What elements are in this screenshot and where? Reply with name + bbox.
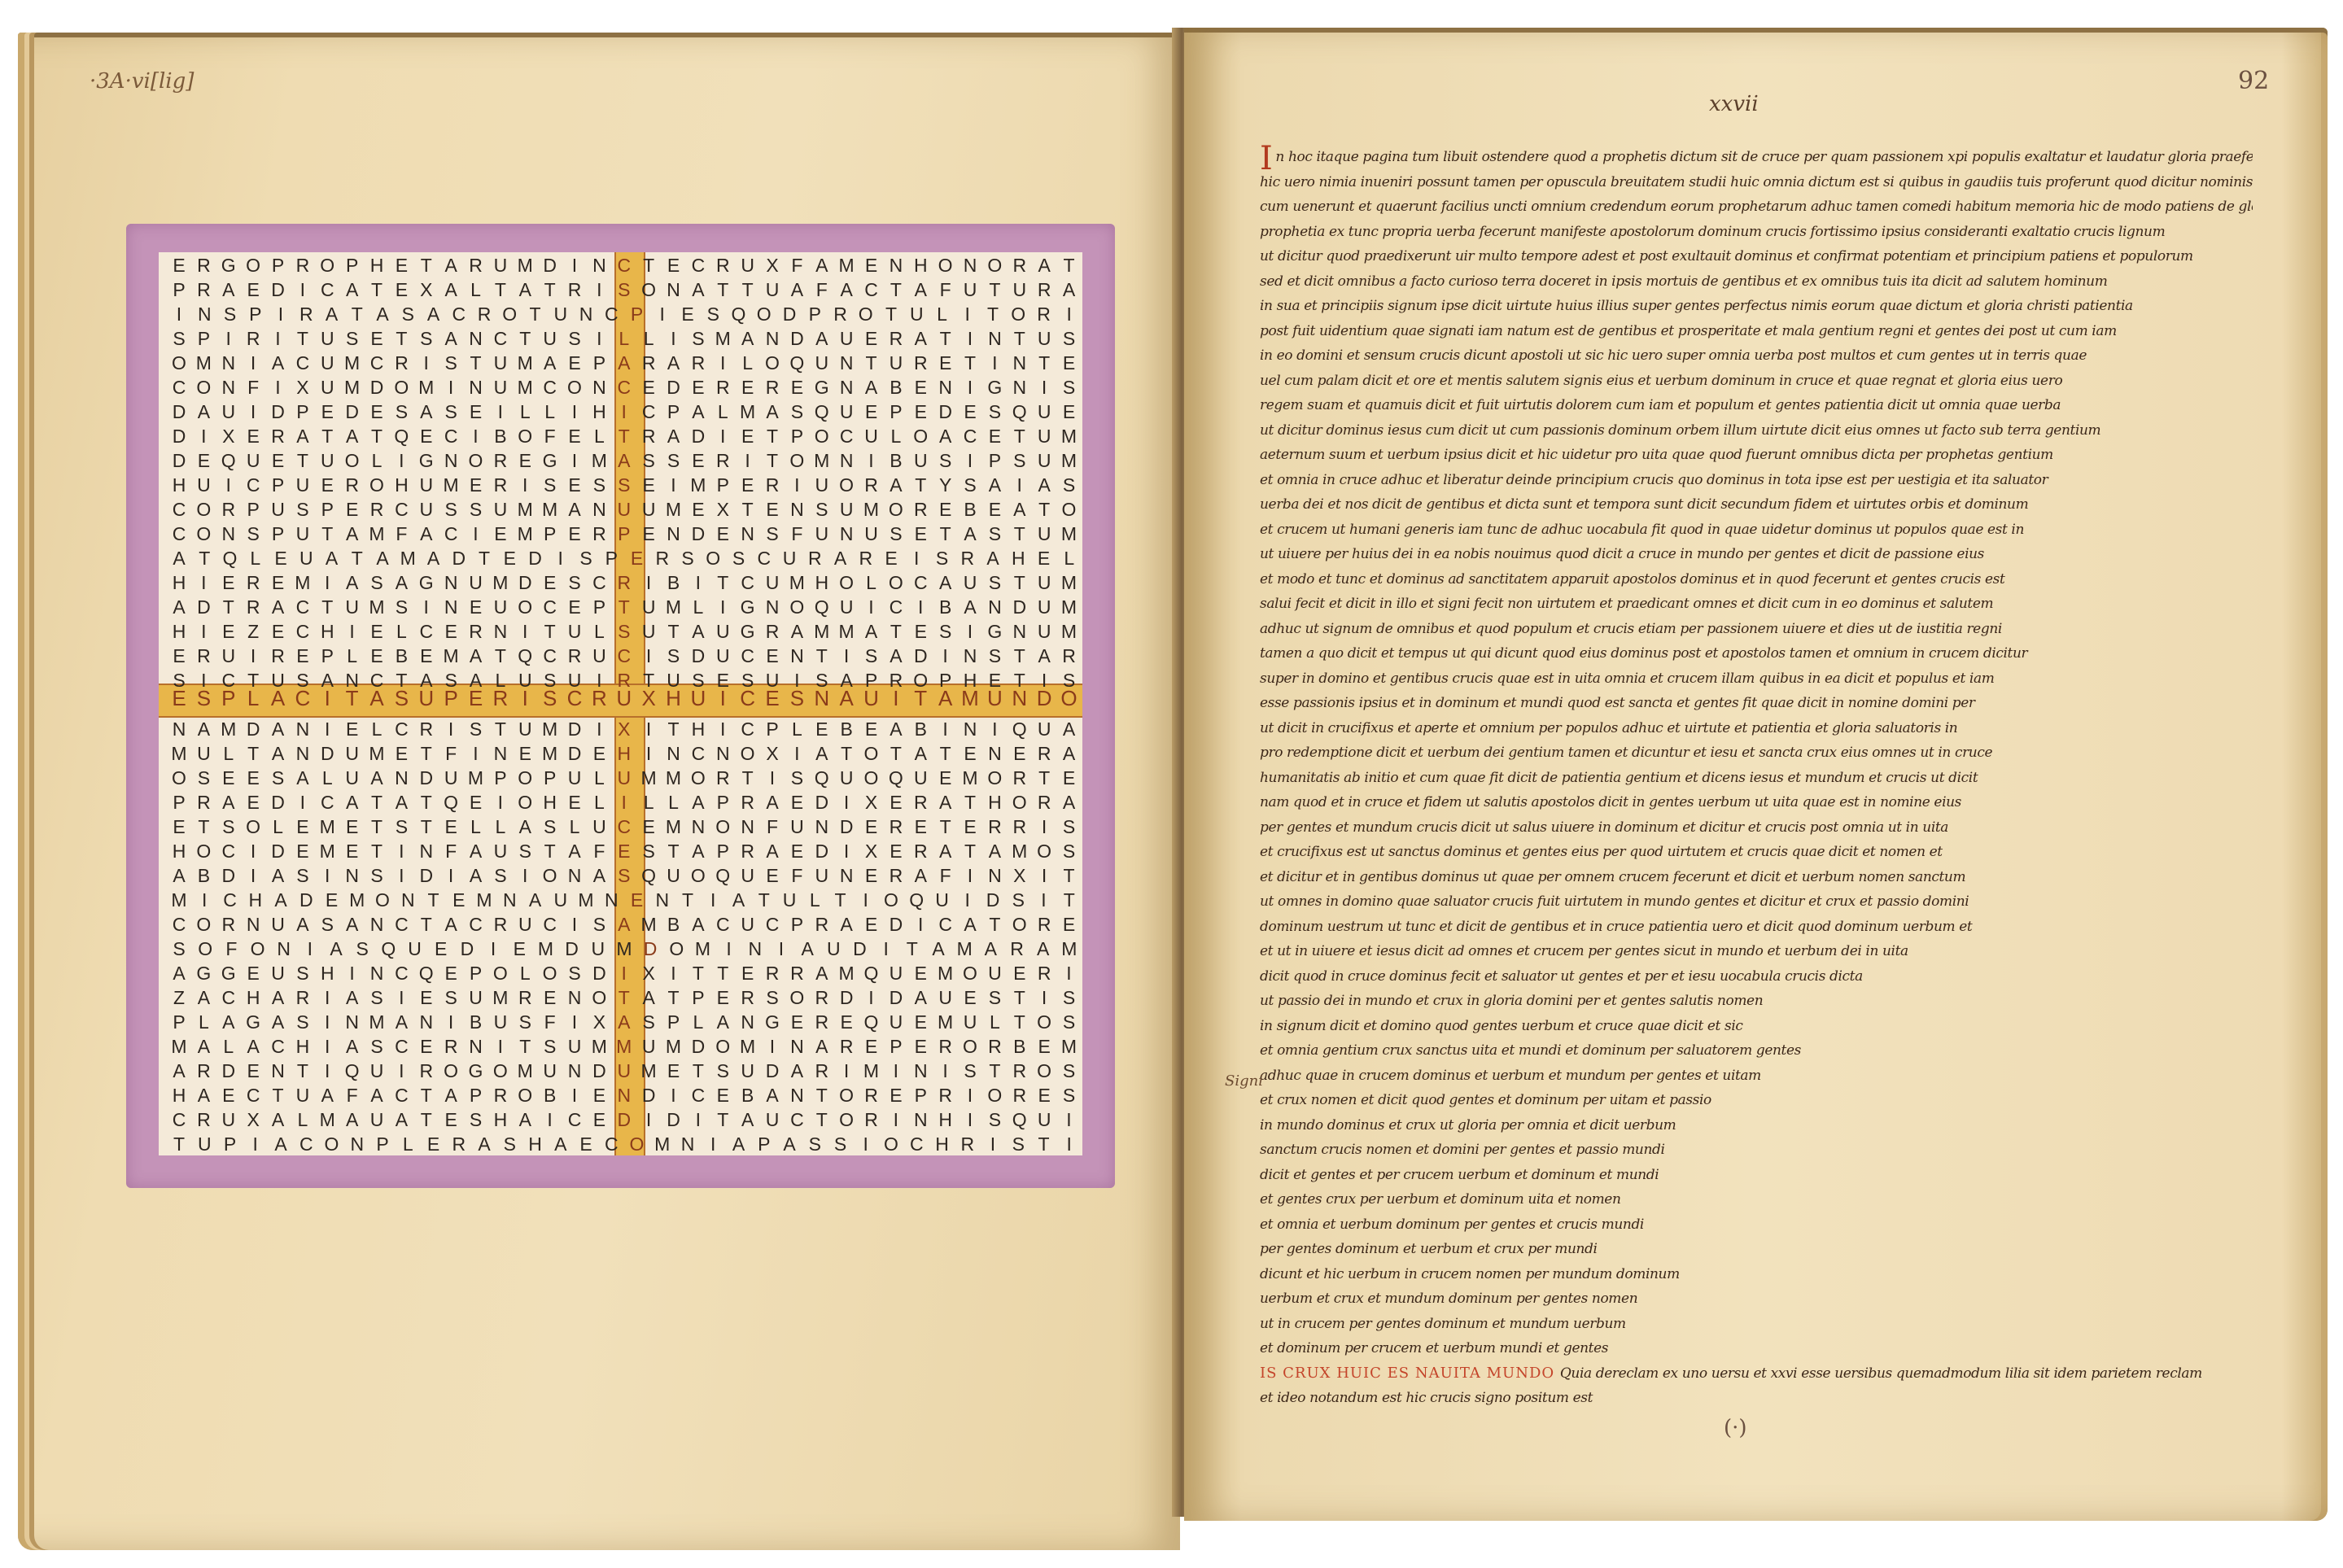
grid-letter: M bbox=[614, 1036, 635, 1060]
grid-letter: E bbox=[786, 1011, 807, 1036]
grid-letter: F bbox=[540, 1011, 561, 1036]
grid-letter: E bbox=[218, 767, 239, 792]
grid-letter: T bbox=[638, 255, 659, 279]
grid-letter: I bbox=[663, 474, 684, 499]
grid-letter: C bbox=[601, 1133, 622, 1158]
grid-letter: R bbox=[490, 686, 511, 714]
grid-letter: I bbox=[391, 450, 412, 474]
grid-letter: I bbox=[490, 1036, 511, 1060]
grid-letter: M bbox=[317, 816, 338, 841]
grid-letter: M bbox=[1059, 523, 1080, 548]
grid-letter: A bbox=[218, 792, 239, 816]
grid-letter: C bbox=[391, 499, 412, 523]
grid-letter: Q bbox=[728, 304, 750, 328]
text-line: et ut in uiuere et iesus dicit ad omnes … bbox=[1260, 939, 2253, 964]
grid-letter: T bbox=[416, 255, 437, 279]
grid-letter: E bbox=[786, 792, 807, 816]
grid-letter: A bbox=[663, 426, 684, 450]
grid-letter: D bbox=[268, 792, 289, 816]
grid-letter: O bbox=[1059, 686, 1080, 714]
grid-letter: E bbox=[1034, 548, 1055, 572]
grid-letter: A bbox=[268, 686, 289, 714]
grid-letter: E bbox=[564, 596, 585, 621]
grid-letter: O bbox=[702, 548, 723, 572]
text-line: uel cum palam dicit et ore et mentis sal… bbox=[1260, 369, 2253, 394]
grid-letter: L bbox=[490, 816, 511, 841]
grid-letter: N bbox=[762, 328, 783, 352]
grid-row: SPIRITUSETSANCTUSILLISMANDAUERATINTUS bbox=[159, 328, 1080, 352]
grid-letter: R bbox=[490, 1085, 511, 1109]
grid-letter: R bbox=[218, 914, 239, 938]
grid-letter: U bbox=[588, 645, 610, 670]
grid-letter: P bbox=[588, 352, 610, 377]
grid-letter: I bbox=[391, 987, 412, 1011]
grid-letter: R bbox=[984, 816, 1005, 841]
text-line: tamen a quo dicit et tempus ut qui dicun… bbox=[1260, 641, 2253, 666]
grid-letter: I bbox=[935, 1060, 956, 1085]
grid-letter: I bbox=[855, 889, 876, 914]
grid-letter: A bbox=[423, 548, 444, 572]
grid-letter: M bbox=[811, 450, 833, 474]
grid-row: ARDENTIQUIROGOMUNDUMETSUDARIMINISTROS bbox=[159, 1060, 1080, 1085]
grid-letter: A bbox=[270, 889, 291, 914]
grid-letter: U bbox=[959, 279, 981, 304]
grid-letter: O bbox=[881, 889, 902, 914]
grid-letter: I bbox=[416, 596, 437, 621]
grid-letter: E bbox=[627, 548, 648, 572]
grid-letter: A bbox=[550, 1133, 571, 1158]
grid-letter: M bbox=[292, 572, 313, 596]
grid-letter: S bbox=[984, 523, 1005, 548]
grid-letter: E bbox=[243, 279, 264, 304]
grid-letter: E bbox=[193, 450, 214, 474]
grid-letter: A bbox=[614, 1011, 635, 1036]
grid-letter: T bbox=[1059, 255, 1080, 279]
grid-letter: A bbox=[540, 352, 561, 377]
grid-letter: U bbox=[688, 686, 709, 714]
grid-letter: I bbox=[218, 328, 239, 352]
grid-letter: O bbox=[959, 963, 981, 987]
grid-letter: U bbox=[885, 352, 907, 377]
grid-letter: M bbox=[514, 255, 535, 279]
grid-letter: G bbox=[218, 255, 239, 279]
grid-letter: S bbox=[466, 718, 487, 743]
grid-letter: S bbox=[811, 499, 833, 523]
grid-letter: E bbox=[416, 1036, 437, 1060]
grid-letter: U bbox=[588, 938, 609, 963]
grid-letter: A bbox=[514, 816, 535, 841]
grid-letter: M bbox=[575, 889, 597, 914]
grid-letter: A bbox=[342, 914, 363, 938]
grid-letter: L bbox=[663, 792, 684, 816]
grid-letter: I bbox=[416, 352, 437, 377]
grid-letter: E bbox=[881, 548, 902, 572]
grid-letter: I bbox=[391, 865, 412, 889]
grid-letter: L bbox=[885, 426, 907, 450]
grid-letter: U bbox=[823, 938, 844, 963]
grid-letter: C bbox=[440, 523, 461, 548]
grid-letter: A bbox=[836, 279, 857, 304]
grid-letter: U bbox=[193, 743, 214, 767]
grid-letter: M bbox=[440, 645, 461, 670]
text-line: et crucem ut humani generis iam tunc de … bbox=[1260, 518, 2253, 543]
grid-letter: I bbox=[982, 1133, 1003, 1158]
grid-letter: U bbox=[1009, 279, 1030, 304]
grid-letter: I bbox=[193, 572, 214, 596]
grid-letter: E bbox=[712, 987, 733, 1011]
grid-letter: U bbox=[1034, 572, 1055, 596]
grid-letter: R bbox=[466, 621, 487, 645]
grid-letter: U bbox=[786, 816, 807, 841]
grid-letter: T bbox=[1059, 889, 1080, 914]
grid-letter: N bbox=[466, 377, 487, 401]
grid-letter: M bbox=[514, 1060, 535, 1085]
grid-letter: A bbox=[836, 914, 857, 938]
grid-letter: T bbox=[514, 328, 535, 352]
grid-letter: I bbox=[712, 352, 733, 377]
grid-letter: N bbox=[466, 1036, 487, 1060]
text-line: in mundo dominus et crux ut gloria per o… bbox=[1260, 1113, 2253, 1138]
grid-letter: U bbox=[1034, 596, 1055, 621]
grid-row: HIEREMIASAGNUMDESCRIBITCUMHOLOCAUSTUM bbox=[159, 572, 1080, 596]
grid-letter: H bbox=[317, 963, 338, 987]
grid-letter: B bbox=[193, 865, 214, 889]
grid-letter: T bbox=[423, 889, 444, 914]
grid-letter: H bbox=[168, 841, 190, 865]
grid-letter: L bbox=[737, 352, 758, 377]
grid-letter: E bbox=[540, 572, 561, 596]
grid-letter: S bbox=[168, 938, 190, 963]
grid-letter: O bbox=[885, 572, 907, 596]
grid-letter: E bbox=[321, 889, 343, 914]
grid-letter: M bbox=[588, 1036, 610, 1060]
grid-letter: A bbox=[1034, 645, 1055, 670]
grid-letter: P bbox=[268, 255, 289, 279]
grid-letter: S bbox=[490, 865, 511, 889]
grid-letter: N bbox=[836, 523, 857, 548]
grid-letter: I bbox=[243, 352, 264, 377]
grid-letter: S bbox=[588, 474, 610, 499]
grid-row: AGGEUSHINCQEPOLOSDIXITTERRAMQUEMOUERI bbox=[159, 963, 1080, 987]
grid-letter: D bbox=[688, 645, 709, 670]
grid-letter: S bbox=[243, 523, 264, 548]
grid-letter: U bbox=[614, 686, 635, 714]
grid-letter: F bbox=[440, 743, 461, 767]
grid-letter: U bbox=[366, 1060, 387, 1085]
grid-letter: E bbox=[317, 474, 338, 499]
grid-letter: A bbox=[811, 963, 833, 987]
grid-letter: I bbox=[268, 377, 289, 401]
grid-letter: L bbox=[366, 718, 387, 743]
grid-letter: A bbox=[268, 1109, 289, 1133]
grid-letter: T bbox=[391, 328, 412, 352]
grid-letter: E bbox=[786, 377, 807, 401]
grid-letter: I bbox=[1034, 816, 1055, 841]
grid-letter: U bbox=[638, 596, 659, 621]
grid-letter: M bbox=[535, 938, 556, 963]
grid-letter: S bbox=[268, 767, 289, 792]
text-line: et omnia gentium crux sanctus uita et mu… bbox=[1260, 1038, 2253, 1064]
grid-letter: A bbox=[885, 645, 907, 670]
grid-letter: U bbox=[292, 1085, 313, 1109]
grid-letter: H bbox=[1008, 548, 1029, 572]
grid-letter: U bbox=[737, 255, 758, 279]
grid-letter: O bbox=[786, 450, 807, 474]
grid-letter: E bbox=[440, 1109, 461, 1133]
grid-letter: S bbox=[663, 645, 684, 670]
grid-letter: T bbox=[688, 963, 709, 987]
grid-letter: S bbox=[1009, 450, 1030, 474]
grid-letter: T bbox=[677, 889, 698, 914]
grid-row: MULTANDUMETFINEMDEHINCNOXIATOTATENERA bbox=[159, 743, 1080, 767]
grid-letter: M bbox=[959, 686, 981, 714]
grid-letter: L bbox=[1059, 548, 1080, 572]
grid-letter: L bbox=[514, 963, 535, 987]
grid-letter: O bbox=[885, 499, 907, 523]
grid-letter: A bbox=[218, 1011, 239, 1036]
grid-letter: O bbox=[754, 304, 775, 328]
grid-letter: D bbox=[457, 938, 478, 963]
grid-letter: S bbox=[1059, 474, 1080, 499]
grid-letter: A bbox=[440, 328, 461, 352]
grid-letter: D bbox=[168, 401, 190, 426]
grid-letter: S bbox=[932, 548, 953, 572]
grid-letter: N bbox=[984, 328, 1005, 352]
grid-letter: A bbox=[688, 401, 709, 426]
grid-letter: T bbox=[984, 279, 1005, 304]
grid-letter: N bbox=[737, 816, 758, 841]
grid-letter: G bbox=[762, 1011, 783, 1036]
grid-letter: T bbox=[935, 743, 956, 767]
grid-letter: D bbox=[168, 450, 190, 474]
grid-letter: E bbox=[416, 426, 437, 450]
grid-letter: O bbox=[193, 841, 214, 865]
grid-letter: A bbox=[762, 401, 783, 426]
grid-letter: N bbox=[575, 304, 597, 328]
grid-letter: P bbox=[342, 255, 363, 279]
grid-row: HAECTUAFACTAPROBIENDICEBANTOREPRIORES bbox=[159, 1085, 1080, 1109]
grid-letter: C bbox=[836, 426, 857, 450]
grid-letter: E bbox=[466, 686, 487, 714]
grid-letter: C bbox=[292, 621, 313, 645]
grid-letter: A bbox=[292, 914, 313, 938]
grid-letter: T bbox=[737, 499, 758, 523]
grid-letter: O bbox=[514, 426, 535, 450]
grid-row: INSPIRATASACROTUNCPIESQODPROTULITORI bbox=[159, 304, 1080, 328]
grid-letter: U bbox=[416, 474, 437, 499]
grid-letter: F bbox=[540, 426, 561, 450]
grid-letter: I bbox=[490, 792, 511, 816]
grid-letter: I bbox=[218, 474, 239, 499]
grid-letter: B bbox=[540, 1085, 561, 1109]
grid-letter: D bbox=[935, 401, 956, 426]
grid-letter: U bbox=[466, 572, 487, 596]
grid-letter: B bbox=[836, 718, 857, 743]
grid-letter: M bbox=[342, 377, 363, 401]
grid-letter: I bbox=[317, 686, 338, 714]
text-line: dicit et gentes et per crucem uerbum et … bbox=[1260, 1163, 2253, 1188]
grid-letter: Q bbox=[811, 596, 833, 621]
grid-letter: A bbox=[391, 792, 412, 816]
grid-letter: E bbox=[509, 938, 530, 963]
grid-letter: H bbox=[243, 987, 264, 1011]
grid-letter: E bbox=[466, 596, 487, 621]
grid-row: TUPIACONPLERASHAECOMNIAPASSIOCHRISTI bbox=[159, 1133, 1080, 1158]
grid-letter: T bbox=[811, 1109, 833, 1133]
grid-letter: D bbox=[885, 914, 907, 938]
grid-letter: T bbox=[194, 548, 215, 572]
grid-letter: R bbox=[416, 1060, 437, 1085]
grid-letter: A bbox=[1059, 718, 1080, 743]
grid-letter: E bbox=[366, 401, 387, 426]
grid-letter: R bbox=[243, 572, 264, 596]
grid-letter: E bbox=[737, 474, 758, 499]
grid-letter: Q bbox=[218, 450, 239, 474]
grid-letter: M bbox=[168, 743, 190, 767]
grid-letter: E bbox=[499, 548, 520, 572]
grid-letter: A bbox=[321, 304, 343, 328]
grid-letter: R bbox=[440, 1036, 461, 1060]
grid-letter: O bbox=[514, 792, 535, 816]
grid-letter: N bbox=[786, 499, 807, 523]
grid-letter: U bbox=[218, 401, 239, 426]
grid-letter: M bbox=[1059, 450, 1080, 474]
grid-letter: P bbox=[466, 963, 487, 987]
grid-letter: L bbox=[786, 718, 807, 743]
grid-letter: R bbox=[652, 548, 673, 572]
grid-letter: A bbox=[321, 548, 343, 572]
grid-letter: I bbox=[910, 914, 931, 938]
grid-letter: A bbox=[372, 304, 393, 328]
grid-letter: M bbox=[168, 889, 190, 914]
grid-letter: P bbox=[168, 1011, 190, 1036]
grid-letter: R bbox=[861, 474, 882, 499]
grid-letter: O bbox=[836, 572, 857, 596]
grid-letter: A bbox=[688, 792, 709, 816]
text-line: In hoc itaque pagina tum libuit ostender… bbox=[1260, 145, 2253, 170]
grid-letter: I bbox=[836, 841, 857, 865]
grid-letter: O bbox=[836, 474, 857, 499]
grid-letter: D bbox=[885, 987, 907, 1011]
grid-letter: S bbox=[1008, 1133, 1029, 1158]
grid-letter: X bbox=[762, 255, 783, 279]
grid-letter: S bbox=[663, 450, 684, 474]
grid-letter: I bbox=[959, 377, 981, 401]
grid-letter: P bbox=[712, 841, 733, 865]
grid-letter: A bbox=[342, 792, 363, 816]
grid-letter: I bbox=[959, 621, 981, 645]
grid-letter: P bbox=[317, 499, 338, 523]
grid-letter: N bbox=[836, 450, 857, 474]
grid-letter: N bbox=[910, 1060, 931, 1085]
grid-letter: C bbox=[564, 1109, 585, 1133]
grid-letter: P bbox=[762, 718, 783, 743]
grid-letter: L bbox=[688, 596, 709, 621]
grid-letter: S bbox=[1059, 816, 1080, 841]
grid-letter: L bbox=[588, 426, 610, 450]
grid-letter: H bbox=[540, 792, 561, 816]
grid-letter: I bbox=[614, 401, 635, 426]
text-line: nam quod et in cruce et fidem ut salutis… bbox=[1260, 790, 2253, 815]
grid-letter: F bbox=[786, 865, 807, 889]
grid-letter: N bbox=[268, 1060, 289, 1085]
grid-letter: O bbox=[910, 426, 931, 450]
grid-row: DAUIDPEDESASEILLIHICPALMASQUEPEDESQUE bbox=[159, 401, 1080, 426]
grid-letter: S bbox=[540, 686, 561, 714]
grid-letter: D bbox=[786, 328, 807, 352]
rubric-verse: IS CRUX HUIC ES NAUITA MUNDO bbox=[1260, 1365, 1560, 1382]
grid-letter: U bbox=[836, 499, 857, 523]
text-line: ut uiuere per huius dei in ea nobis noui… bbox=[1260, 542, 2253, 567]
grid-letter: E bbox=[588, 1109, 610, 1133]
grid-letter: M bbox=[1059, 426, 1080, 450]
grid-letter: U bbox=[935, 987, 956, 1011]
grid-letter: E bbox=[243, 426, 264, 450]
grid-letter: A bbox=[638, 987, 659, 1011]
grid-letter: A bbox=[935, 841, 956, 865]
grid-letter: T bbox=[663, 718, 684, 743]
grid-letter: T bbox=[959, 352, 981, 377]
grid-letter: A bbox=[268, 718, 289, 743]
grid-letter: I bbox=[243, 865, 264, 889]
grid-letter: R bbox=[885, 816, 907, 841]
grid-letter: P bbox=[540, 523, 561, 548]
grid-letter: U bbox=[1034, 1109, 1055, 1133]
grid-letter: R bbox=[885, 865, 907, 889]
grid-letter: M bbox=[366, 523, 387, 548]
grid-letter: N bbox=[601, 889, 622, 914]
grid-letter: P bbox=[910, 1085, 931, 1109]
grid-letter: D bbox=[849, 938, 870, 963]
grid-letter: B bbox=[466, 1011, 487, 1036]
grid-letter: T bbox=[737, 279, 758, 304]
grid-letter: C bbox=[540, 914, 561, 938]
grid-letter: D bbox=[588, 1060, 610, 1085]
grid-letter: C bbox=[317, 792, 338, 816]
grid-letter: M bbox=[1059, 621, 1080, 645]
grid-row: ATQLEUATAMADTEDISPERSOSCURAREISRAHEL bbox=[159, 548, 1080, 572]
grid-letter: E bbox=[391, 279, 412, 304]
text-line: et gentes crux per uerbum et dominum uit… bbox=[1260, 1187, 2253, 1212]
grid-letter: D bbox=[525, 548, 546, 572]
grid-letter: I bbox=[959, 1109, 981, 1133]
grid-letter: Q bbox=[1009, 718, 1030, 743]
grid-letter: E bbox=[627, 889, 648, 914]
text-line: et dicitur et in gentibus dominus ut qua… bbox=[1260, 865, 2253, 890]
grid-letter: R bbox=[490, 914, 511, 938]
grid-letter: E bbox=[762, 645, 783, 670]
grid-letter: C bbox=[614, 645, 635, 670]
grid-letter: G bbox=[218, 963, 239, 987]
grid-letter: A bbox=[786, 621, 807, 645]
grid-letter: E bbox=[317, 401, 338, 426]
grid-letter: S bbox=[564, 572, 585, 596]
grid-letter: C bbox=[688, 1085, 709, 1109]
grid-letter: R bbox=[342, 474, 363, 499]
grid-letter: O bbox=[243, 255, 264, 279]
grid-letter: C bbox=[391, 718, 412, 743]
grid-letter: A bbox=[1059, 279, 1080, 304]
grid-letter: N bbox=[292, 718, 313, 743]
grid-letter: A bbox=[811, 255, 833, 279]
grid-letter: H bbox=[168, 1085, 190, 1109]
text-line: adhuc quae in crucem dominus et uerbum e… bbox=[1260, 1064, 2253, 1089]
grid-letter: U bbox=[268, 914, 289, 938]
grid-letter: I bbox=[836, 645, 857, 670]
grid-letter: R bbox=[193, 1109, 214, 1133]
rubricated-initial: I bbox=[1260, 145, 1272, 170]
text-line: et ideo notandum est hic crucis signo po… bbox=[1260, 1386, 2253, 1411]
